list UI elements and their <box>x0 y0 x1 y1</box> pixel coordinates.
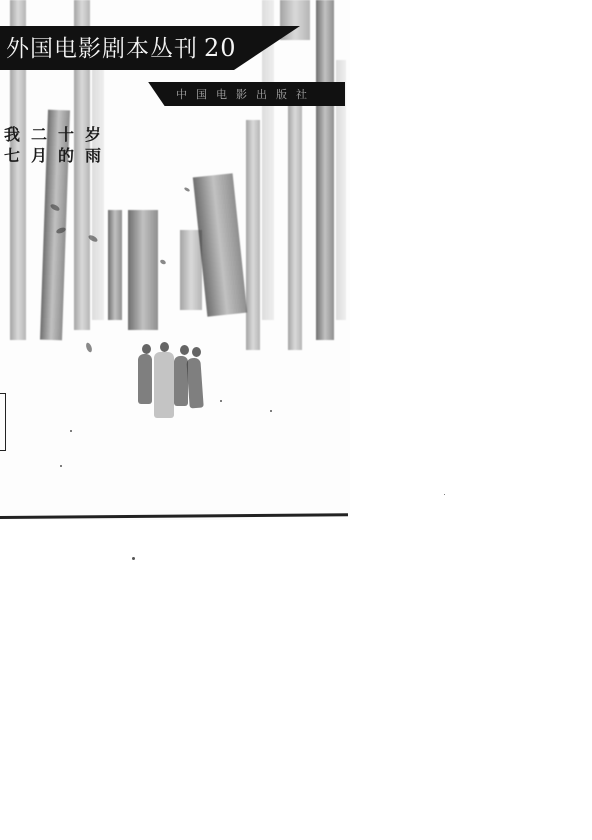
walking-figures-illustration <box>136 342 208 420</box>
publisher-name: 中国电影出版社 <box>176 86 316 102</box>
tree-trunk <box>108 210 122 320</box>
scan-speck <box>132 557 135 560</box>
series-title-text: 外国电影剧本丛刊 <box>6 36 198 62</box>
work-title-1: 我二十岁 <box>4 122 112 145</box>
book-cover: 外国电影剧本丛刊20 中国电影出版社 我二十岁 七月的雨 <box>0 0 350 520</box>
leaf <box>184 187 191 193</box>
tree-trunk <box>316 0 334 340</box>
tree-trunk <box>92 60 104 320</box>
scan-speck <box>444 494 445 495</box>
leaf <box>85 342 93 353</box>
series-title: 外国电影剧本丛刊20 <box>6 30 237 63</box>
series-number: 20 <box>204 34 237 62</box>
spine-label-box <box>0 393 6 451</box>
tree-trunk <box>128 210 158 330</box>
tree-trunk <box>288 100 302 350</box>
tree-trunk <box>246 120 260 350</box>
work-title-2: 七月的雨 <box>4 143 112 166</box>
leaf <box>159 259 166 265</box>
